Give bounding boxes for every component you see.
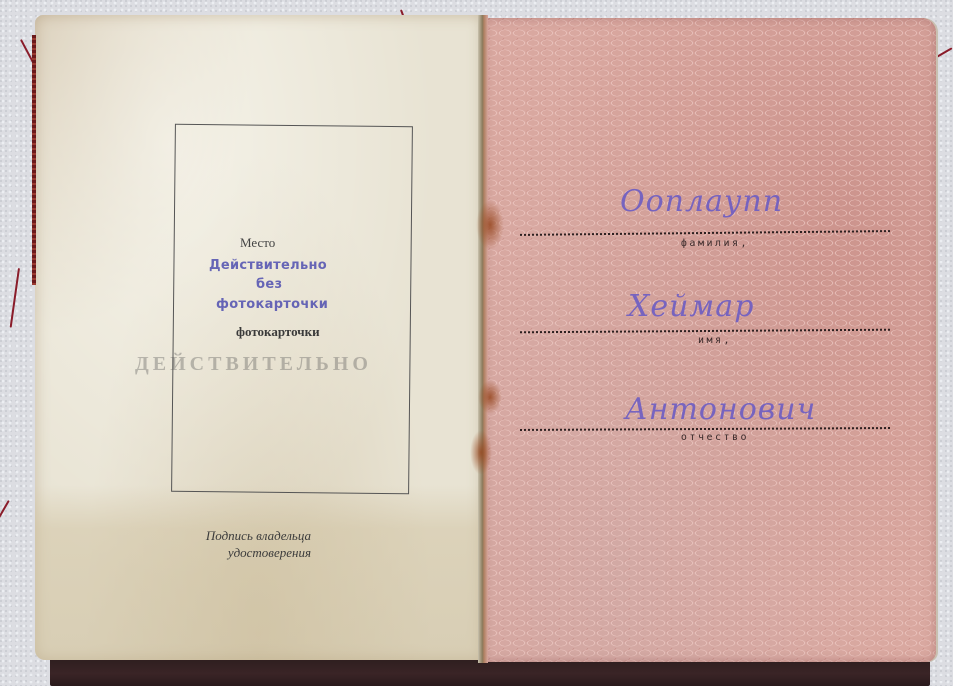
surname-label: фамилия,: [520, 238, 890, 249]
rust-stain-3: [470, 430, 492, 475]
first-name-value: Хеймар: [628, 289, 754, 324]
field-first-name: Хеймар имя,: [520, 295, 890, 355]
patronymic-value: Антонович: [625, 392, 816, 427]
surname-dotted-line: [520, 230, 890, 236]
stamp-line-without: без: [256, 277, 282, 292]
rust-stain-2: [478, 380, 502, 414]
booklet-spine: [478, 15, 488, 663]
signature-caption-line2: удостоверения: [131, 545, 311, 561]
field-patronymic: Антонович отчество: [520, 390, 890, 450]
red-thread-left-bottom: [0, 500, 10, 536]
water-stain: [35, 485, 482, 660]
faint-stamp-top: [514, 108, 521, 132]
patronymic-dotted-line: [520, 427, 890, 431]
stamp-line-photo: фотокарточки: [216, 297, 328, 312]
red-thread-left-mid: [10, 268, 20, 328]
first-name-label: имя,: [520, 335, 890, 346]
field-surname: Ооплаупп фамилия,: [520, 190, 890, 260]
patronymic-label: отчество: [520, 432, 890, 443]
signature-caption-line1: Подпись владельца: [131, 528, 311, 544]
first-name-dotted-line: [520, 329, 890, 334]
binding-stitch: [32, 35, 36, 285]
ghost-offset-print: ДЕЙСТВИТЕЛЬНО: [135, 353, 372, 376]
stamp-line-valid: Действительно: [209, 258, 327, 273]
surname-value: Ооплаупп: [620, 184, 783, 219]
photo-label: фотокарточки: [236, 324, 320, 340]
rust-stain-1: [476, 200, 504, 250]
photo-place-label: Место: [240, 235, 275, 251]
